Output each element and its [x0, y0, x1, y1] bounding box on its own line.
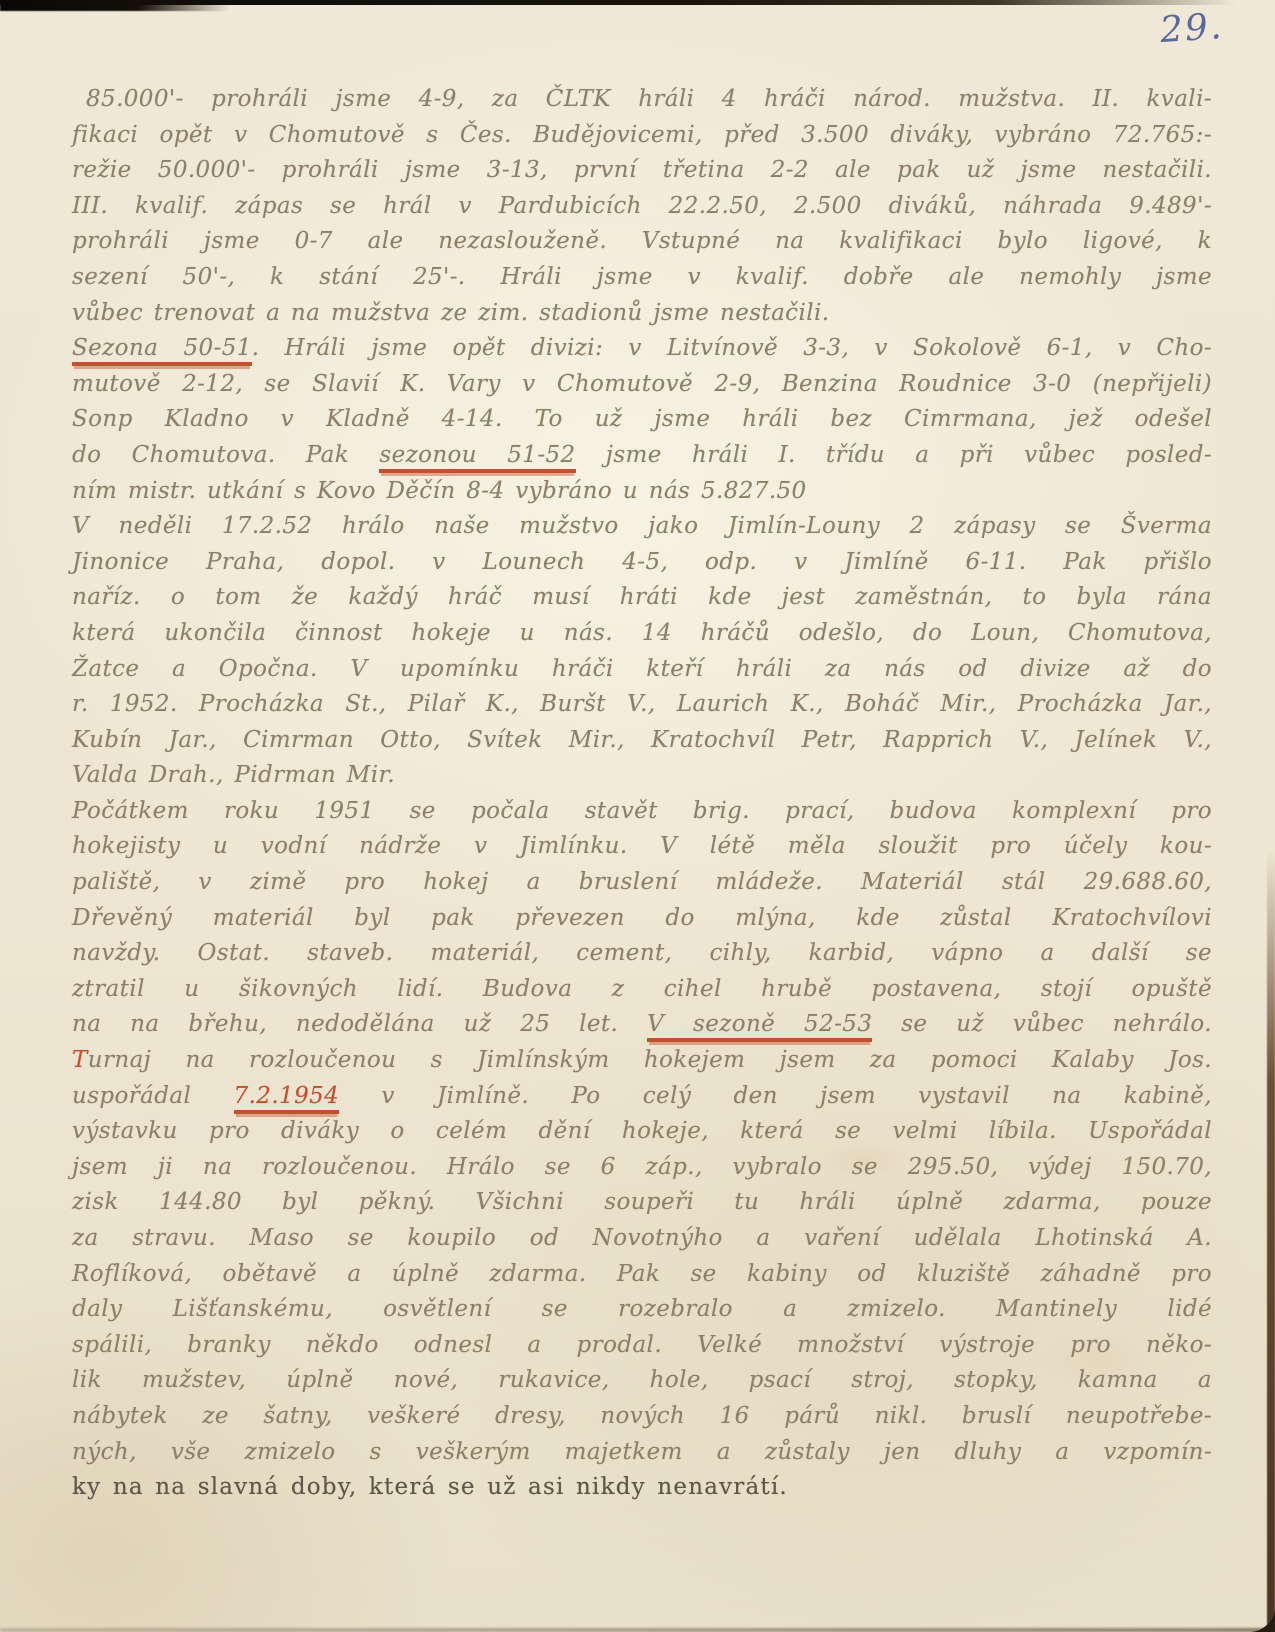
handwritten-line: spálili, branky někdo odnesl a prodal. V… — [72, 1332, 1212, 1368]
handwritten-text: v Jimlíně. Po celý den jsem vystavil na … — [339, 1083, 1212, 1109]
handwritten-line: jsem ji na rozloučenou. Hrálo se 6 záp.,… — [72, 1154, 1212, 1190]
handwritten-text: spálili, branky někdo odnesl a prodal. V… — [72, 1332, 1212, 1358]
handwritten-line: Turnaj na rozloučenou s Jimlínským hokej… — [72, 1047, 1212, 1083]
handwritten-text: se už vůbec nehrálo. — [872, 1011, 1212, 1037]
handwritten-line: do Chomutova. Pak sezonou 51-52 jsme hrá… — [72, 442, 1212, 478]
handwritten-line: vůbec trenovat a na mužstva ze zim. stad… — [72, 300, 1212, 336]
handwritten-line: r. 1952. Procházka St., Pilař K., Buršt … — [72, 691, 1212, 727]
handwritten-text: jsem ji na rozloučenou. Hrálo se 6 záp.,… — [72, 1154, 1212, 1180]
red-underlined-phrase: Sezona 50-51 — [72, 335, 252, 366]
handwritten-text: Dřevěný materiál byl pak převezen do mlý… — [72, 905, 1212, 931]
handwritten-text: výstavku pro diváky o celém dění hokeje,… — [72, 1118, 1212, 1144]
handwritten-text: fikaci opět v Chomutově s Čes. Budějovic… — [72, 122, 1212, 148]
handwritten-text: V neděli 17.2.52 hrálo naše mužstvo jako… — [72, 513, 1212, 539]
handwritten-line: 85.000'- prohráli jsme 4-9, za ČLTK hrál… — [72, 86, 1212, 122]
handwritten-text: ky na na slavná doby, která se už asi ni… — [72, 1474, 788, 1500]
handwritten-line: na na břehu, nedodělána už 25 let. V sez… — [72, 1011, 1212, 1047]
handwritten-text: navždy. Ostat. staveb. materiál, cement,… — [72, 940, 1212, 966]
red-underlined-phrase: 7.2.1954 — [234, 1083, 340, 1114]
handwritten-text: na na břehu, nedodělána už 25 let. — [72, 1011, 647, 1037]
handwritten-text: ných, vše zmizelo s veškerým majetkem a … — [72, 1439, 1212, 1465]
scan-edge-bottom — [0, 1628, 1275, 1632]
handwritten-line: Roflíková, obětavě a úplně zdarma. Pak s… — [72, 1261, 1212, 1297]
handwritten-line: nábytek ze šatny, veškeré dresy, nových … — [72, 1403, 1212, 1439]
handwritten-line: režie 50.000'- prohráli jsme 3-13, první… — [72, 157, 1212, 193]
handwritten-line: III. kvalif. zápas se hrál v Pardubicích… — [72, 193, 1212, 229]
handwritten-line: sezení 50'-, k stání 25'-. Hráli jsme v … — [72, 264, 1212, 300]
handwritten-text: III. kvalif. zápas se hrál v Pardubicích… — [72, 193, 1212, 219]
handwritten-line: ztratil u šikovných lidí. Budova z cihel… — [72, 976, 1212, 1012]
handwritten-text: Valda Drah., Pidrman Mir. — [72, 762, 395, 788]
handwritten-line: navždy. Ostat. staveb. materiál, cement,… — [72, 940, 1212, 976]
page-number: 29. — [1158, 6, 1224, 51]
handwritten-line: Žatce a Opočna. V upomínku hráči kteří h… — [72, 656, 1212, 692]
handwritten-text: daly Lišťanskému, osvětlení se rozebralo… — [72, 1296, 1212, 1322]
handwritten-line: Sezona 50-51. Hráli jsme opět divizi: v … — [72, 335, 1212, 371]
handwritten-line: Sonp Kladno v Kladně 4-14. To už jsme hr… — [72, 406, 1212, 442]
handwritten-line: paliště, v zimě pro hokej a bruslení mlá… — [72, 869, 1212, 905]
handwritten-line: která ukončila činnost hokeje u nás. 14 … — [72, 620, 1212, 656]
handwritten-line: uspořádal 7.2.1954 v Jimlíně. Po celý de… — [72, 1083, 1212, 1119]
handwritten-line: ky na na slavná doby, která se už asi ni… — [72, 1474, 1212, 1510]
handwritten-text: Žatce a Opočna. V upomínku hráči kteří h… — [72, 656, 1212, 682]
handwritten-line: za stravu. Maso se koupilo od Novotnýho … — [72, 1225, 1212, 1261]
handwritten-text: Počátkem roku 1951 se počala stavět brig… — [72, 798, 1212, 824]
handwritten-line: fikaci opět v Chomutově s Čes. Budějovic… — [72, 122, 1212, 158]
handwritten-line: daly Lišťanskému, osvětlení se rozebralo… — [72, 1296, 1212, 1332]
handwritten-line: lik mužstev, úplně nové, rukavice, hole,… — [72, 1367, 1212, 1403]
handwritten-line: ním mistr. utkání s Kovo Děčín 8-4 vybrá… — [72, 478, 1212, 514]
handwritten-text: do Chomutova. Pak — [72, 442, 379, 468]
handwritten-line: prohráli jsme 0-7 ale nezaslouženě. Vstu… — [72, 228, 1212, 264]
handwritten-text: uspořádal — [72, 1083, 234, 1109]
handwritten-line: Počátkem roku 1951 se počala stavět brig… — [72, 798, 1212, 834]
handwritten-line: Jinonice Praha, dopol. v Lounech 4-5, od… — [72, 549, 1212, 585]
handwriting-block: 85.000'- prohráli jsme 4-9, za ČLTK hrál… — [72, 86, 1212, 1510]
handwritten-text: která ukončila činnost hokeje u nás. 14 … — [72, 620, 1212, 646]
handwritten-line: mutově 2-12, se Slavií K. Vary v Chomuto… — [72, 371, 1212, 407]
handwritten-line: Dřevěný materiál byl pak převezen do mlý… — [72, 905, 1212, 941]
handwritten-line: výstavku pro diváky o celém dění hokeje,… — [72, 1118, 1212, 1154]
manuscript-page: 29. 85.000'- prohráli jsme 4-9, za ČLTK … — [0, 0, 1275, 1632]
handwritten-line: ných, vše zmizelo s veškerým majetkem a … — [72, 1439, 1212, 1475]
handwritten-text: paliště, v zimě pro hokej a bruslení mlá… — [72, 869, 1212, 895]
handwritten-text: za stravu. Maso se koupilo od Novotnýho … — [72, 1225, 1212, 1251]
handwritten-line: Kubín Jar., Cimrman Otto, Svítek Mir., K… — [72, 727, 1212, 763]
handwritten-line: hokejisty u vodní nádrže v Jimlínku. V l… — [72, 833, 1212, 869]
red-underlined-phrase: V sezoně 52-53 — [647, 1011, 872, 1042]
red-initial: T — [72, 1047, 88, 1073]
scan-edge-top-left — [0, 0, 230, 11]
handwritten-text: ním mistr. utkání s Kovo Děčín 8-4 vybrá… — [72, 478, 807, 504]
handwritten-text: lik mužstev, úplně nové, rukavice, hole,… — [72, 1367, 1212, 1393]
handwritten-text: sezení 50'-, k stání 25'-. Hráli jsme v … — [72, 264, 1212, 290]
handwritten-text: Roflíková, obětavě a úplně zdarma. Pak s… — [72, 1261, 1212, 1287]
handwritten-text: nábytek ze šatny, veškeré dresy, nových … — [72, 1403, 1212, 1429]
handwritten-line: V neděli 17.2.52 hrálo naše mužstvo jako… — [72, 513, 1212, 549]
handwritten-text: vůbec trenovat a na mužstva ze zim. stad… — [72, 300, 829, 326]
handwritten-text: urnaj na rozloučenou s Jimlínským hokeje… — [88, 1047, 1212, 1073]
red-underlined-phrase: sezonou 51-52 — [379, 442, 575, 473]
handwritten-text: hokejisty u vodní nádrže v Jimlínku. V l… — [72, 833, 1212, 859]
handwritten-line: naříz. o tom že každý hráč musí hráti kd… — [72, 584, 1212, 620]
handwritten-line: Valda Drah., Pidrman Mir. — [72, 762, 1212, 798]
handwritten-text: Sonp Kladno v Kladně 4-14. To už jsme hr… — [72, 406, 1212, 432]
handwritten-text: ztratil u šikovných lidí. Budova z cihel… — [72, 976, 1212, 1002]
handwritten-text: jsme hráli I. třídu a při vůbec posled- — [576, 442, 1212, 468]
handwritten-text: Jinonice Praha, dopol. v Lounech 4-5, od… — [72, 549, 1212, 575]
handwritten-line: zisk 144.80 byl pěkný. Všichni soupeři t… — [72, 1189, 1212, 1225]
handwritten-text: 85.000'- prohráli jsme 4-9, za ČLTK hrál… — [86, 86, 1212, 112]
handwritten-text: r. 1952. Procházka St., Pilař K., Buršt … — [72, 691, 1212, 717]
handwritten-text: . Hráli jsme opět divizi: v Litvínově 3-… — [252, 335, 1212, 361]
handwritten-text: naříz. o tom že každý hráč musí hráti kd… — [72, 584, 1212, 610]
handwritten-text: režie 50.000'- prohráli jsme 3-13, první… — [72, 157, 1212, 183]
handwritten-text: Kubín Jar., Cimrman Otto, Svítek Mir., K… — [72, 727, 1212, 753]
handwritten-text: zisk 144.80 byl pěkný. Všichni soupeři t… — [72, 1189, 1212, 1215]
handwritten-text: prohráli jsme 0-7 ale nezaslouženě. Vstu… — [72, 228, 1212, 254]
handwritten-text: mutově 2-12, se Slavií K. Vary v Chomuto… — [72, 371, 1212, 397]
scan-edge-right — [1267, 849, 1275, 1632]
